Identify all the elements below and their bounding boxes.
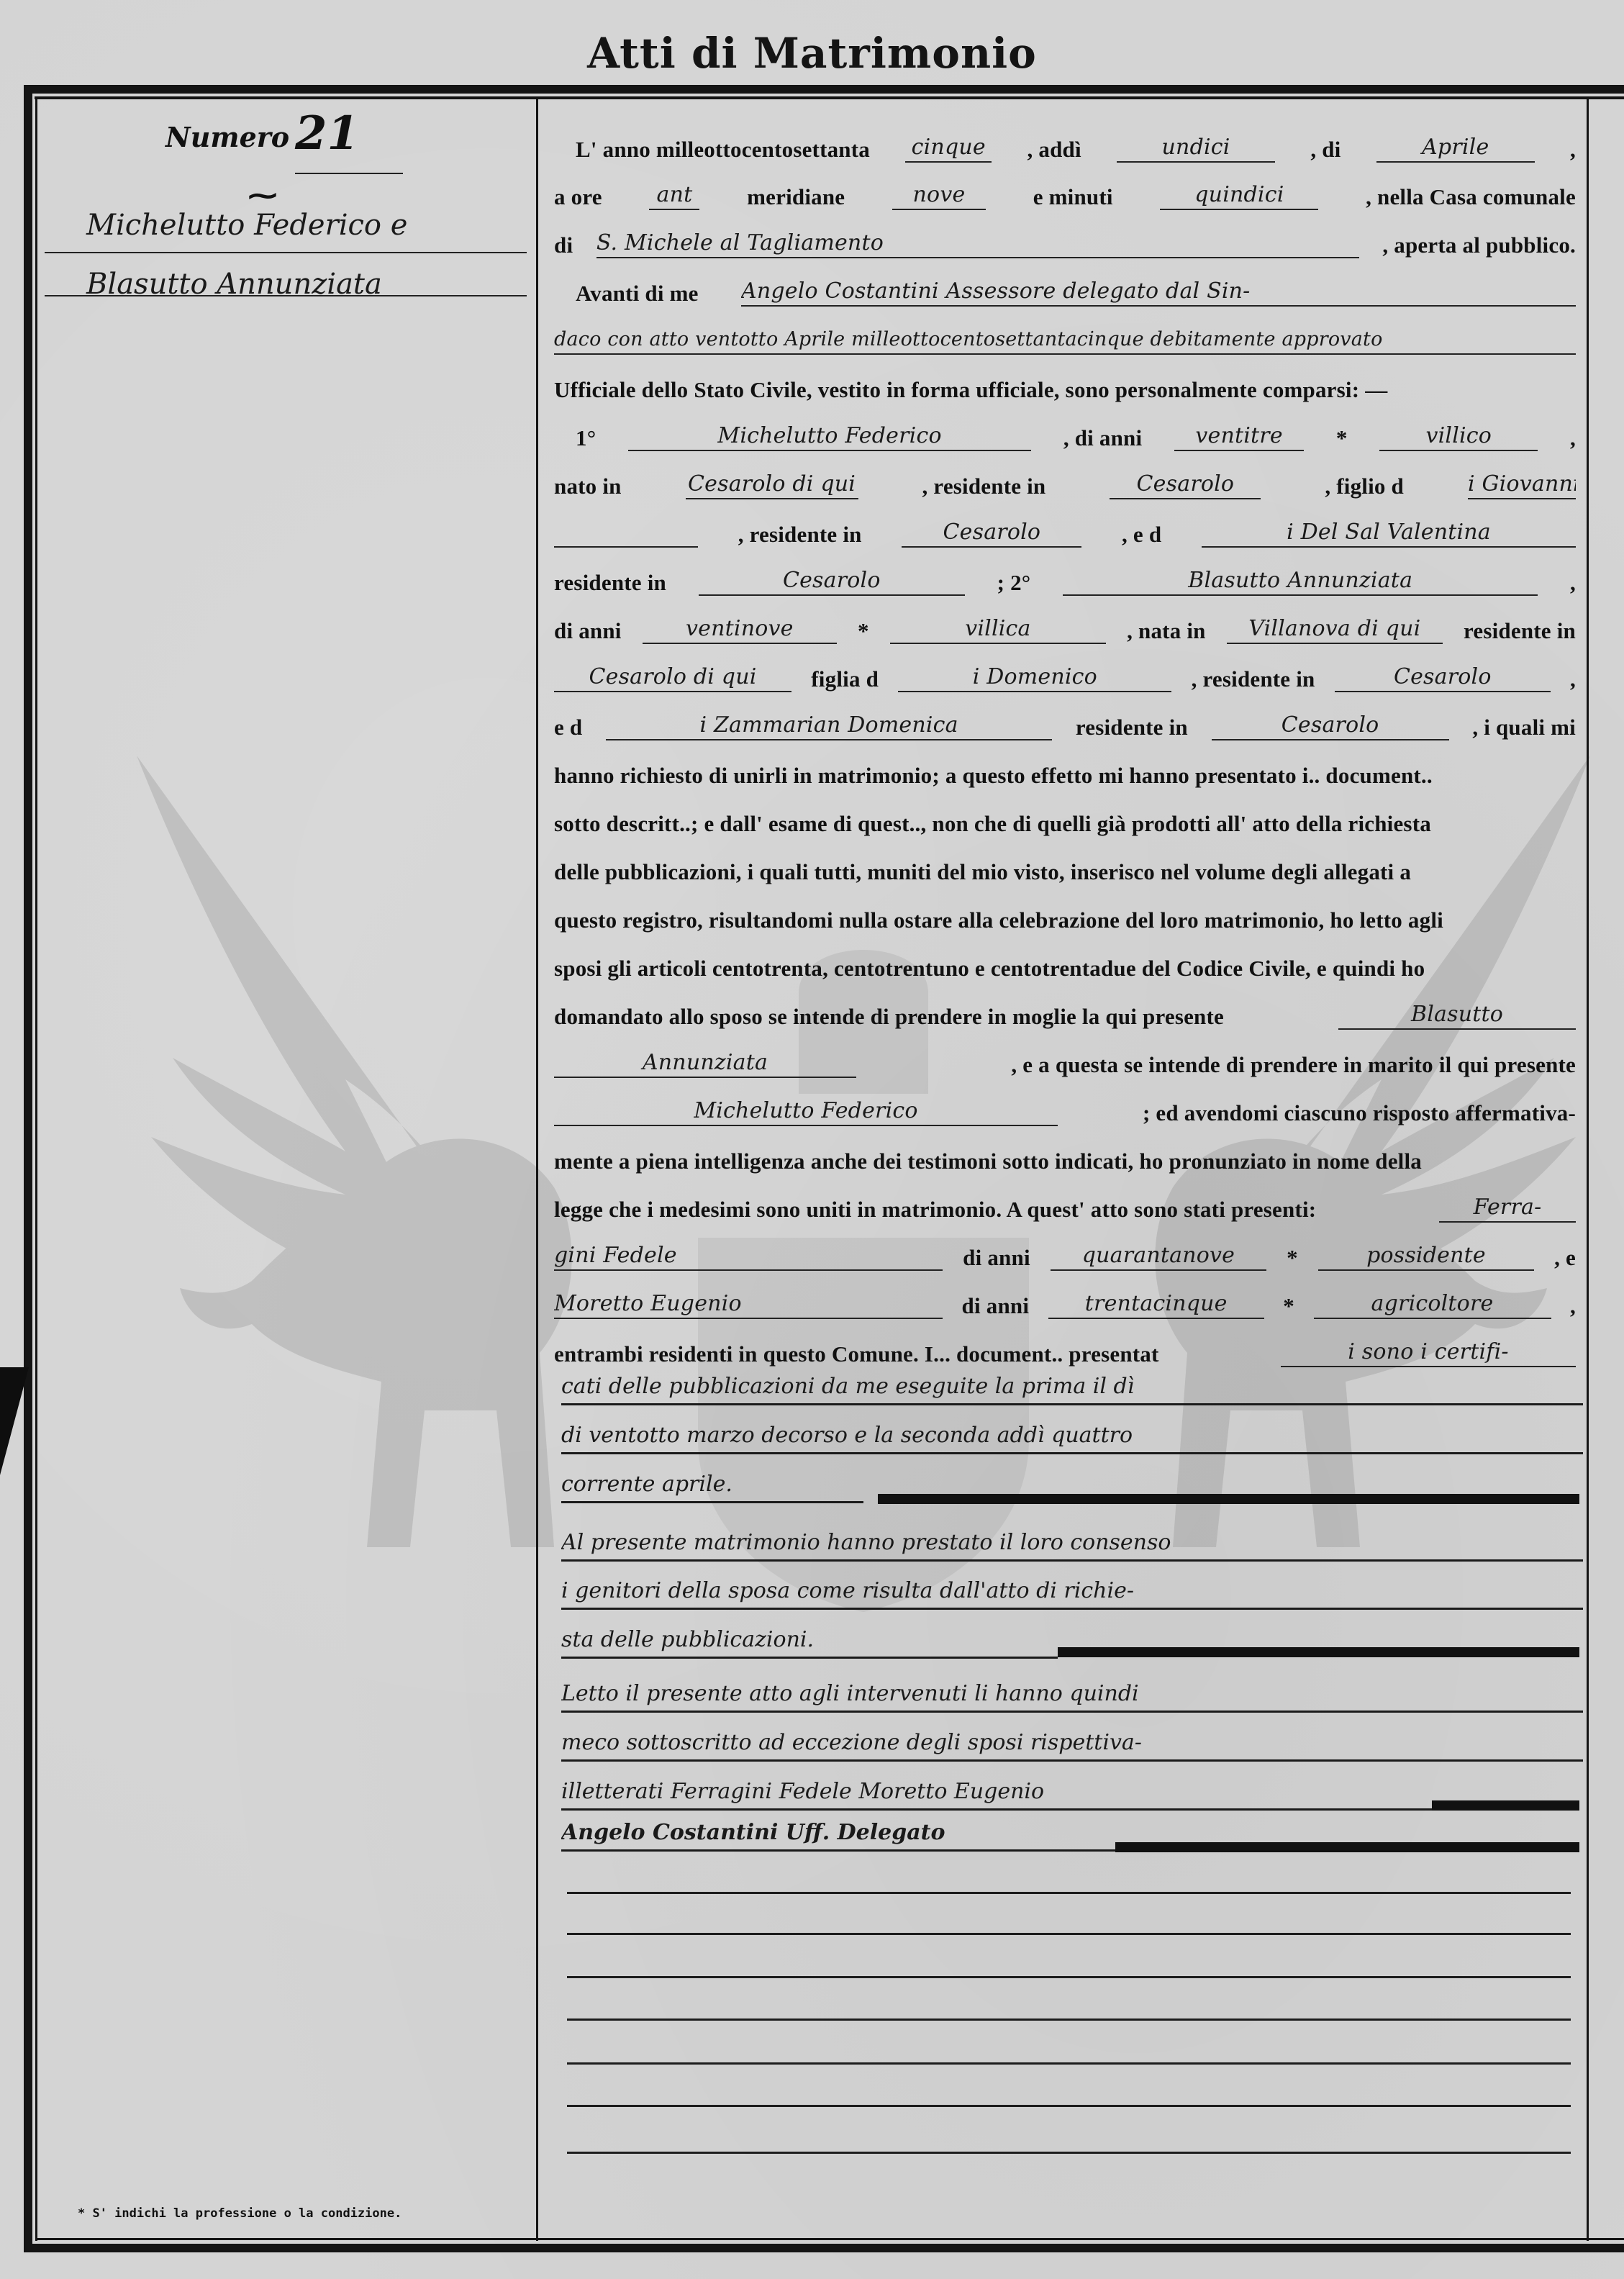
frame-left-rule [24, 85, 32, 2251]
form-text: , aperta al pubblico. [1382, 232, 1576, 258]
bride-presente-fill: Blasutto [1338, 997, 1576, 1030]
column-divider [536, 98, 538, 2241]
form-text: sotto descritt..; e dall' esame di quest… [554, 811, 1431, 837]
act-line: di S. Michele al Tagliamento , aperta al… [554, 218, 1576, 258]
groom-presente-fill: Michelutto Federico [554, 1093, 1058, 1126]
form-text: Ufficiale dello Stato Civile, vestito in… [554, 377, 1387, 403]
witness1-name-fill-cont: gini Fedele [554, 1238, 943, 1271]
line-filler-bar [878, 1494, 1579, 1504]
act-line: mente a piena intelligenza anche dei tes… [554, 1134, 1576, 1174]
line-filler-bar [1115, 1842, 1579, 1852]
documents-fill: i sono i certifi- [1281, 1334, 1576, 1367]
form-text: , di anni [1063, 425, 1143, 451]
form-text: L' anno milleottocentosettanta [554, 137, 870, 163]
document-title: Atti di Matrimonio [0, 29, 1624, 78]
handwritten-line: di ventotto marzo decorso e la seconda a… [561, 1416, 1583, 1454]
act-line: sposi gli articoli centotrenta, centotre… [554, 941, 1576, 982]
form-text: , [1570, 570, 1576, 596]
act-line: nato in Cesarolo di qui , residente in C… [554, 459, 1576, 499]
form-text: , residente in [738, 522, 862, 548]
form-text: , residente in [922, 474, 1046, 499]
year-fill: cinque [905, 130, 992, 163]
document-page: Atti di Matrimonio Numero 21 ⁓ Michelutt… [0, 0, 1624, 2279]
handwritten-line: illetterati Ferragini Fedele Moretto Eug… [561, 1772, 1432, 1811]
act-line: Moretto Eugenio di anni trentacinque * a… [554, 1279, 1576, 1319]
witness1-age-fill: quarantanove [1051, 1238, 1266, 1271]
form-text: , [1570, 666, 1576, 692]
bride-father-residence-fill: Cesarolo [1335, 659, 1551, 692]
hour-fill: nove [892, 177, 986, 210]
groom-residence-fill: Cesarolo [1110, 466, 1261, 499]
form-text: , figlio d [1325, 474, 1404, 499]
right-column-rule [1587, 98, 1589, 2241]
form-text: e d [554, 715, 582, 740]
handwritten-line: corrente aprile. [561, 1465, 863, 1503]
form-text: sposi gli articoli centotrenta, centotre… [554, 956, 1425, 982]
act-line: gini Fedele di anni quarantanove * possi… [554, 1231, 1576, 1271]
form-text: , nella Casa comunale [1366, 184, 1576, 210]
form-text: meridiane [747, 184, 845, 210]
frame-top-rule [25, 85, 1624, 94]
comune-fill: S. Michele al Tagliamento [596, 225, 1359, 258]
ante-pom-fill: ant [649, 177, 699, 210]
blank-fill [554, 515, 698, 548]
empty-ruled-line [567, 2019, 1571, 2021]
numero-underline [295, 173, 403, 174]
footnote: * S' indichi la professione o la condizi… [78, 2206, 402, 2221]
form-text: delle pubblicazioni, i quali tutti, muni… [554, 859, 1411, 885]
line-filler-bar [1058, 1647, 1579, 1657]
margin-line [45, 295, 527, 296]
form-text: residente in [1464, 618, 1576, 644]
act-line: sotto descritt..; e dall' esame di quest… [554, 797, 1576, 837]
empty-ruled-line [567, 2105, 1571, 2107]
handwritten-line: cati delle pubblicazioni da me eseguite … [561, 1367, 1583, 1405]
empty-ruled-line [567, 1976, 1571, 1978]
groom-profession-fill: villico [1379, 418, 1538, 451]
form-text: , e [1554, 1245, 1576, 1271]
bride-name-fill: Blasutto Annunziata [1063, 563, 1538, 596]
bride-mother-fill: i Zammarian Domenica [606, 707, 1052, 740]
form-text: domandato allo sposo se intende di prend… [554, 1004, 1224, 1030]
form-text: * [858, 618, 869, 644]
month-fill: Aprile [1376, 130, 1535, 163]
form-text: di [554, 232, 573, 258]
witness1-name-fill: Ferra- [1439, 1190, 1576, 1223]
frame-top-inner-rule [35, 96, 1624, 99]
delegation-fill: daco con atto ventotto Aprile milleottoc… [554, 322, 1576, 355]
act-line: a ore ant meridiane nove e minuti quindi… [554, 170, 1576, 210]
form-text: legge che i medesimi sono uniti in matri… [554, 1197, 1316, 1223]
act-line: Annunziata , e a questa se intende di pr… [554, 1038, 1576, 1078]
act-line: hanno richiesto di unirli in matrimonio;… [554, 748, 1576, 789]
act-line: residente in Cesarolo ; 2° Blasutto Annu… [554, 556, 1576, 596]
frame-bottom-rule [24, 2244, 1624, 2252]
officiant-signature: Angelo Costantini Uff. Delegato [561, 1813, 1137, 1852]
bride-presente-fill-cont: Annunziata [554, 1045, 856, 1078]
groom-mother-fill: i Del Sal Valentina [1202, 515, 1576, 548]
handwritten-line: i genitori della sposa come risulta dall… [561, 1572, 1583, 1610]
handwritten-line: Al presente matrimonio hanno prestato il… [561, 1523, 1583, 1562]
act-line: Michelutto Federico ; ed avendomi ciascu… [554, 1086, 1576, 1126]
witness2-age-fill: trentacinque [1048, 1286, 1264, 1319]
form-text: ; 2° [997, 570, 1031, 596]
form-text: questo registro, risultandomi nulla osta… [554, 907, 1443, 933]
form-text: , [1570, 137, 1576, 163]
groom-birthplace-fill: Cesarolo di qui [686, 466, 858, 499]
bride-father-fill: i Domenico [898, 659, 1171, 692]
numero-label: Numero [165, 121, 289, 153]
witness1-profession-fill: possidente [1318, 1238, 1534, 1271]
form-text: , i quali mi [1472, 715, 1576, 740]
form-text: residente in [554, 570, 666, 596]
form-text: , [1570, 425, 1576, 451]
act-line: legge che i medesimi sono uniti in matri… [554, 1182, 1576, 1223]
groom-name-margin: Michelutto Federico e [86, 209, 407, 242]
bride-mother-residence-fill: Cesarolo [1212, 707, 1449, 740]
form-text: , e a questa se intende di prendere in m… [1011, 1052, 1576, 1078]
form-text: , addì [1028, 137, 1081, 163]
form-text: , [1570, 1293, 1576, 1319]
form-text: residente in [1076, 715, 1188, 740]
form-text: mente a piena intelligenza anche dei tes… [554, 1148, 1422, 1174]
handwritten-line: sta delle pubblicazioni. [561, 1621, 1058, 1659]
empty-ruled-line [567, 1933, 1571, 1935]
act-line: domandato allo sposo se intende di prend… [554, 989, 1576, 1030]
bride-age-fill: ventinove [643, 611, 837, 644]
handwritten-line: meco sottoscritto ad eccezione degli spo… [561, 1723, 1583, 1762]
act-line: Ufficiale dello Stato Civile, vestito in… [554, 363, 1576, 403]
empty-ruled-line [567, 2062, 1571, 2065]
form-text: hanno richiesto di unirli in matrimonio;… [554, 763, 1433, 789]
act-line: Cesarolo di qui figlia d i Domenico , re… [554, 652, 1576, 692]
form-text: e minuti [1033, 184, 1113, 210]
act-line: entrambi residenti in questo Comune. I..… [554, 1327, 1576, 1367]
handwritten-line: Letto il presente atto agli intervenuti … [561, 1675, 1583, 1713]
groom-name-fill: Michelutto Federico [628, 418, 1031, 451]
form-text: entrambi residenti in questo Comune. I..… [554, 1341, 1159, 1367]
act-line: , residente in Cesarolo , e d i Del Sal … [554, 507, 1576, 548]
form-text: di anni [963, 1245, 1030, 1271]
form-text: * [1283, 1293, 1294, 1319]
form-text: * [1287, 1245, 1298, 1271]
act-line: delle pubblicazioni, i quali tutti, muni… [554, 845, 1576, 885]
day-fill: undici [1117, 130, 1275, 163]
groom-father-residence-fill: Cesarolo [902, 515, 1081, 548]
empty-ruled-line [567, 2152, 1571, 2154]
act-line: questo registro, risultandomi nulla osta… [554, 893, 1576, 933]
form-text: 1° [554, 425, 596, 451]
form-text: , residente in [1192, 666, 1315, 692]
act-line: di anni ventinove * villica , nata in Vi… [554, 604, 1576, 644]
witness2-profession-fill: agricoltore [1314, 1286, 1551, 1319]
act-line: e d i Zammarian Domenica residente in Ce… [554, 700, 1576, 740]
frame-left-inner-rule [35, 96, 37, 2241]
witness2-name-fill: Moretto Eugenio [554, 1286, 943, 1319]
form-text: , e d [1122, 522, 1161, 548]
form-text: Avanti di me [554, 281, 699, 307]
groom-age-fill: ventitre [1174, 418, 1304, 451]
form-text: di anni [554, 618, 622, 644]
form-text: ; ed avendomi ciascuno risposto affermat… [1143, 1100, 1576, 1126]
act-line: daco con atto ventotto Aprile milleottoc… [554, 314, 1576, 355]
minutes-fill: quindici [1160, 177, 1318, 210]
flourish-divider: ⁓ [248, 178, 277, 212]
form-text: di anni [962, 1293, 1030, 1319]
form-text: , nata in [1127, 618, 1205, 644]
form-text: , di [1310, 137, 1341, 163]
officiant-fill: Angelo Costantini Assessore delegato dal… [741, 273, 1576, 307]
act-line: Avanti di me Angelo Costantini Assessore… [554, 266, 1576, 307]
bride-profession-fill: villica [890, 611, 1106, 644]
bride-birthplace-fill: Villanova di qui [1227, 611, 1443, 644]
frame-bottom-inner-rule [35, 2238, 1624, 2240]
bride-residence-fill: Cesarolo di qui [554, 659, 791, 692]
form-text: a ore [554, 184, 602, 210]
form-text: figlia d [811, 666, 879, 692]
margin-line [45, 252, 527, 253]
line-filler-bar [1432, 1800, 1579, 1811]
act-line: L' anno milleottocentosettanta cinque , … [554, 122, 1576, 163]
act-line: 1° Michelutto Federico , di anni ventitr… [554, 411, 1576, 451]
numero-value: 21 [295, 107, 359, 160]
empty-ruled-line [567, 1892, 1571, 1894]
groom-father-fill: i Giovanni [1468, 466, 1576, 499]
form-text: * [1336, 425, 1348, 451]
groom-mother-residence-fill: Cesarolo [699, 563, 965, 596]
scan-edge-mark [0, 1367, 29, 1475]
form-text: nato in [554, 474, 622, 499]
